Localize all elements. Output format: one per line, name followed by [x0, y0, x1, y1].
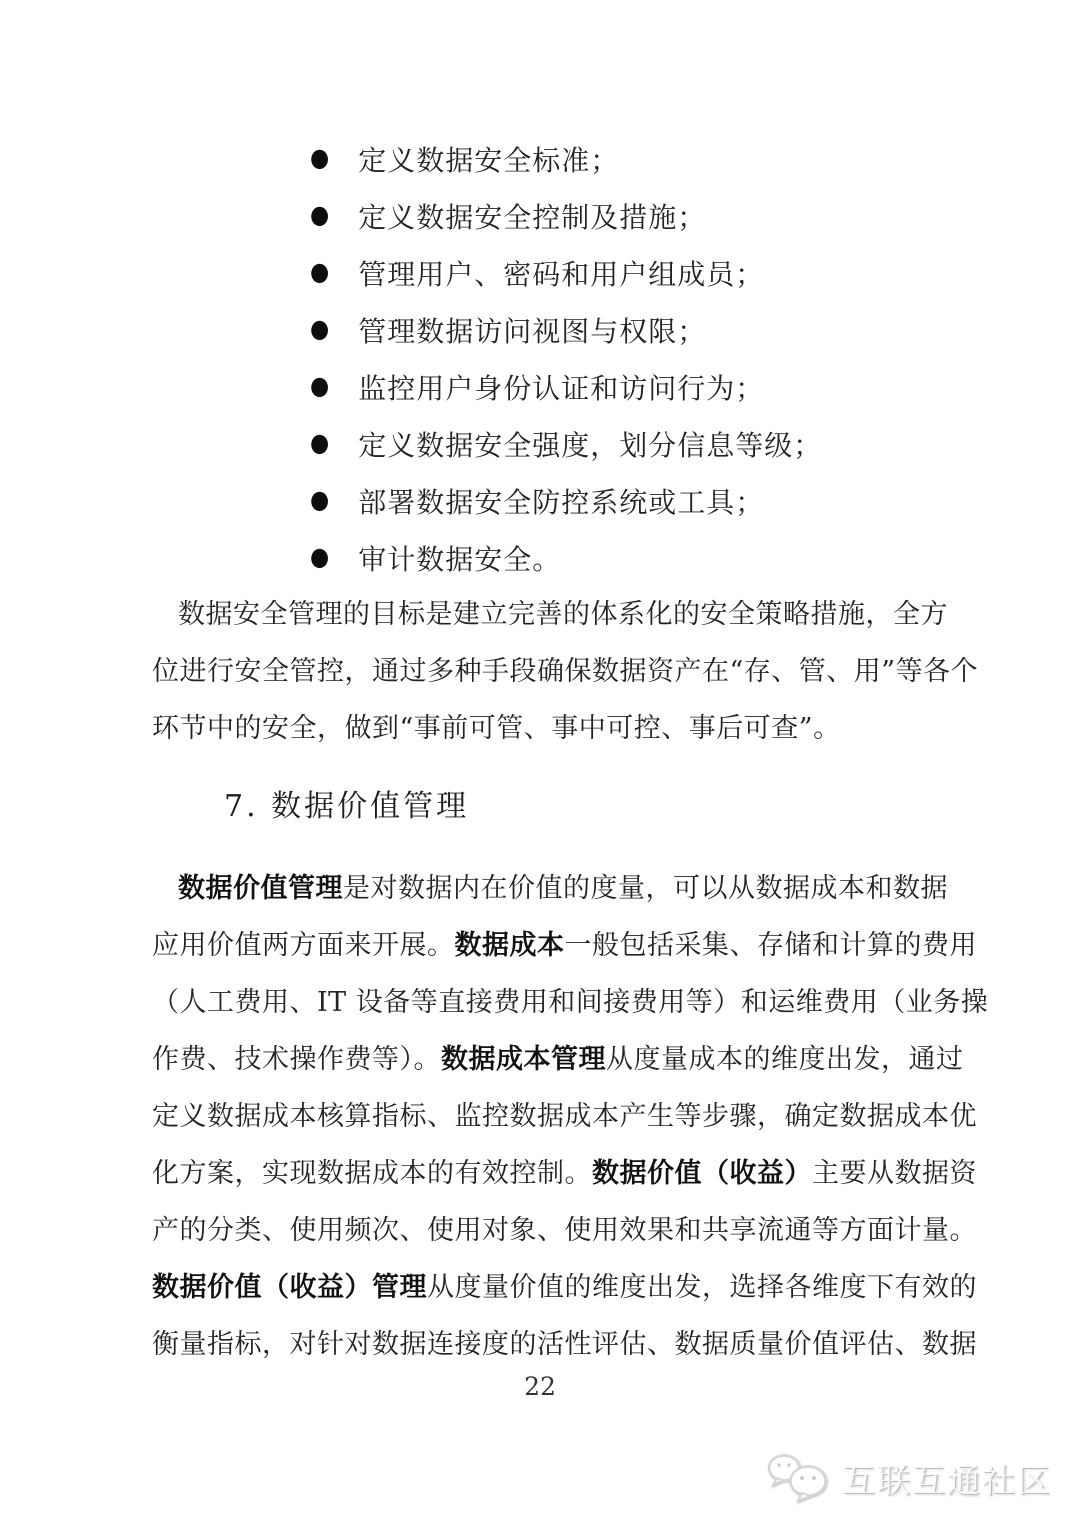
- page-number: 22: [0, 1372, 1080, 1401]
- list-item: ● 审计数据安全。: [152, 529, 942, 586]
- bold-term: 数据价值（收益）: [592, 1158, 812, 1189]
- text-run: 一般包括采集、存储和计算的费用: [565, 930, 978, 961]
- text-run: 从度量成本的维度出发，通过: [606, 1044, 964, 1075]
- list-item-text: 监控用户身份认证和访问行为；: [358, 367, 764, 407]
- list-item-text: 定义数据安全标准；: [358, 139, 619, 179]
- bullet-icon: ●: [310, 203, 330, 228]
- bullet-icon: ●: [310, 317, 330, 342]
- security-bullet-list: ● 定义数据安全标准； ● 定义数据安全控制及措施； ● 管理用户、密码和用户组…: [152, 130, 942, 586]
- paragraph-line: 数据价值管理是对数据内在价值的度量，可以从数据成本和数据: [152, 860, 942, 917]
- paragraph-line: 应用价值两方面来开展。数据成本一般包括采集、存储和计算的费用: [152, 917, 942, 974]
- paragraph-line: 数据价值（收益）管理从度量价值的维度出发，选择各维度下有效的: [152, 1259, 942, 1316]
- list-item: ● 定义数据安全控制及措施；: [152, 187, 942, 244]
- security-goal-paragraph: 数据安全管理的目标是建立完善的体系化的安全策略措施，全方 位进行安全管控，通过多…: [152, 586, 942, 757]
- list-item-text: 部署数据安全防控系统或工具；: [358, 481, 764, 521]
- bullet-icon: ●: [310, 260, 330, 285]
- footer-watermark: 互联互通社区: [764, 1451, 1052, 1505]
- bullet-icon: ●: [310, 488, 330, 513]
- text-run: 产的分类、使用频次、使用对象、使用效果和共享流通等方面计量。: [152, 1215, 977, 1246]
- bold-term: 数据价值（收益）管理: [152, 1272, 427, 1303]
- text-run: 化方案，实现数据成本的有效控制。: [152, 1158, 592, 1189]
- bold-term: 数据成本: [455, 930, 565, 961]
- wechat-icon: [764, 1451, 832, 1505]
- paragraph-line: 化方案，实现数据成本的有效控制。数据价值（收益）主要从数据资: [152, 1145, 942, 1202]
- text-run: 作费、技术操作费等）。: [152, 1044, 441, 1075]
- list-item-text: 管理用户、密码和用户组成员；: [358, 253, 764, 293]
- footer-brand-text: 互联互通社区: [842, 1455, 1052, 1502]
- section-heading: 7. 数据价值管理: [224, 778, 942, 835]
- list-item: ● 定义数据安全标准；: [152, 130, 942, 187]
- paragraph-line: 作费、技术操作费等）。数据成本管理从度量成本的维度出发，通过: [152, 1031, 942, 1088]
- list-item-text: 管理数据访问视图与权限；: [358, 310, 706, 350]
- bullet-icon: ●: [310, 431, 330, 456]
- text-run: 是对数据内在价值的度量，可以从数据成本和数据: [343, 873, 948, 904]
- list-item: ● 定义数据安全强度，划分信息等级；: [152, 415, 942, 472]
- bullet-icon: ●: [310, 374, 330, 399]
- bullet-icon: ●: [310, 146, 330, 171]
- list-item: ● 管理数据访问视图与权限；: [152, 301, 942, 358]
- list-item: ● 管理用户、密码和用户组成员；: [152, 244, 942, 301]
- text-run: 从度量价值的维度出发，选择各维度下有效的: [427, 1272, 977, 1303]
- data-value-paragraph: 数据价值管理是对数据内在价值的度量，可以从数据成本和数据 应用价值两方面来开展。…: [152, 860, 942, 1373]
- paragraph-line: （人工费用、IT 设备等直接费用和间接费用等）和运维费用（业务操: [152, 974, 942, 1031]
- bold-term: 数据价值管理: [178, 873, 343, 904]
- list-item-text: 定义数据安全强度，划分信息等级；: [358, 424, 822, 464]
- document-page: ● 定义数据安全标准； ● 定义数据安全控制及措施； ● 管理用户、密码和用户组…: [0, 0, 1080, 1527]
- paragraph-line: 衡量指标，对针对数据连接度的活性评估、数据质量价值评估、数据: [152, 1316, 942, 1373]
- paragraph-line: 环节中的安全，做到“事前可管、事中可控、事后可查”。: [152, 700, 942, 757]
- bullet-icon: ●: [310, 545, 330, 570]
- paragraph-line: 位进行安全管控，通过多种手段确保数据资产在“存、管、用”等各个: [152, 643, 942, 700]
- paragraph-line: 数据安全管理的目标是建立完善的体系化的安全策略措施，全方: [152, 586, 942, 643]
- paragraph-line: 产的分类、使用频次、使用对象、使用效果和共享流通等方面计量。: [152, 1202, 942, 1259]
- list-item-text: 审计数据安全。: [358, 538, 561, 578]
- list-item: ● 监控用户身份认证和访问行为；: [152, 358, 942, 415]
- list-item-text: 定义数据安全控制及措施；: [358, 196, 706, 236]
- list-item: ● 部署数据安全防控系统或工具；: [152, 472, 942, 529]
- paragraph-line: 定义数据成本核算指标、监控数据成本产生等步骤，确定数据成本优: [152, 1088, 942, 1145]
- page-content: ● 定义数据安全标准； ● 定义数据安全控制及措施； ● 管理用户、密码和用户组…: [152, 130, 942, 1373]
- text-run: 衡量指标，对针对数据连接度的活性评估、数据质量价值评估、数据: [152, 1329, 977, 1360]
- bold-term: 数据成本管理: [441, 1044, 606, 1075]
- text-run: 定义数据成本核算指标、监控数据成本产生等步骤，确定数据成本优: [152, 1101, 977, 1132]
- text-run: （人工费用、IT 设备等直接费用和间接费用等）和运维费用（业务操: [152, 987, 988, 1018]
- text-run: 应用价值两方面来开展。: [152, 930, 455, 961]
- text-run: 主要从数据资: [812, 1158, 977, 1189]
